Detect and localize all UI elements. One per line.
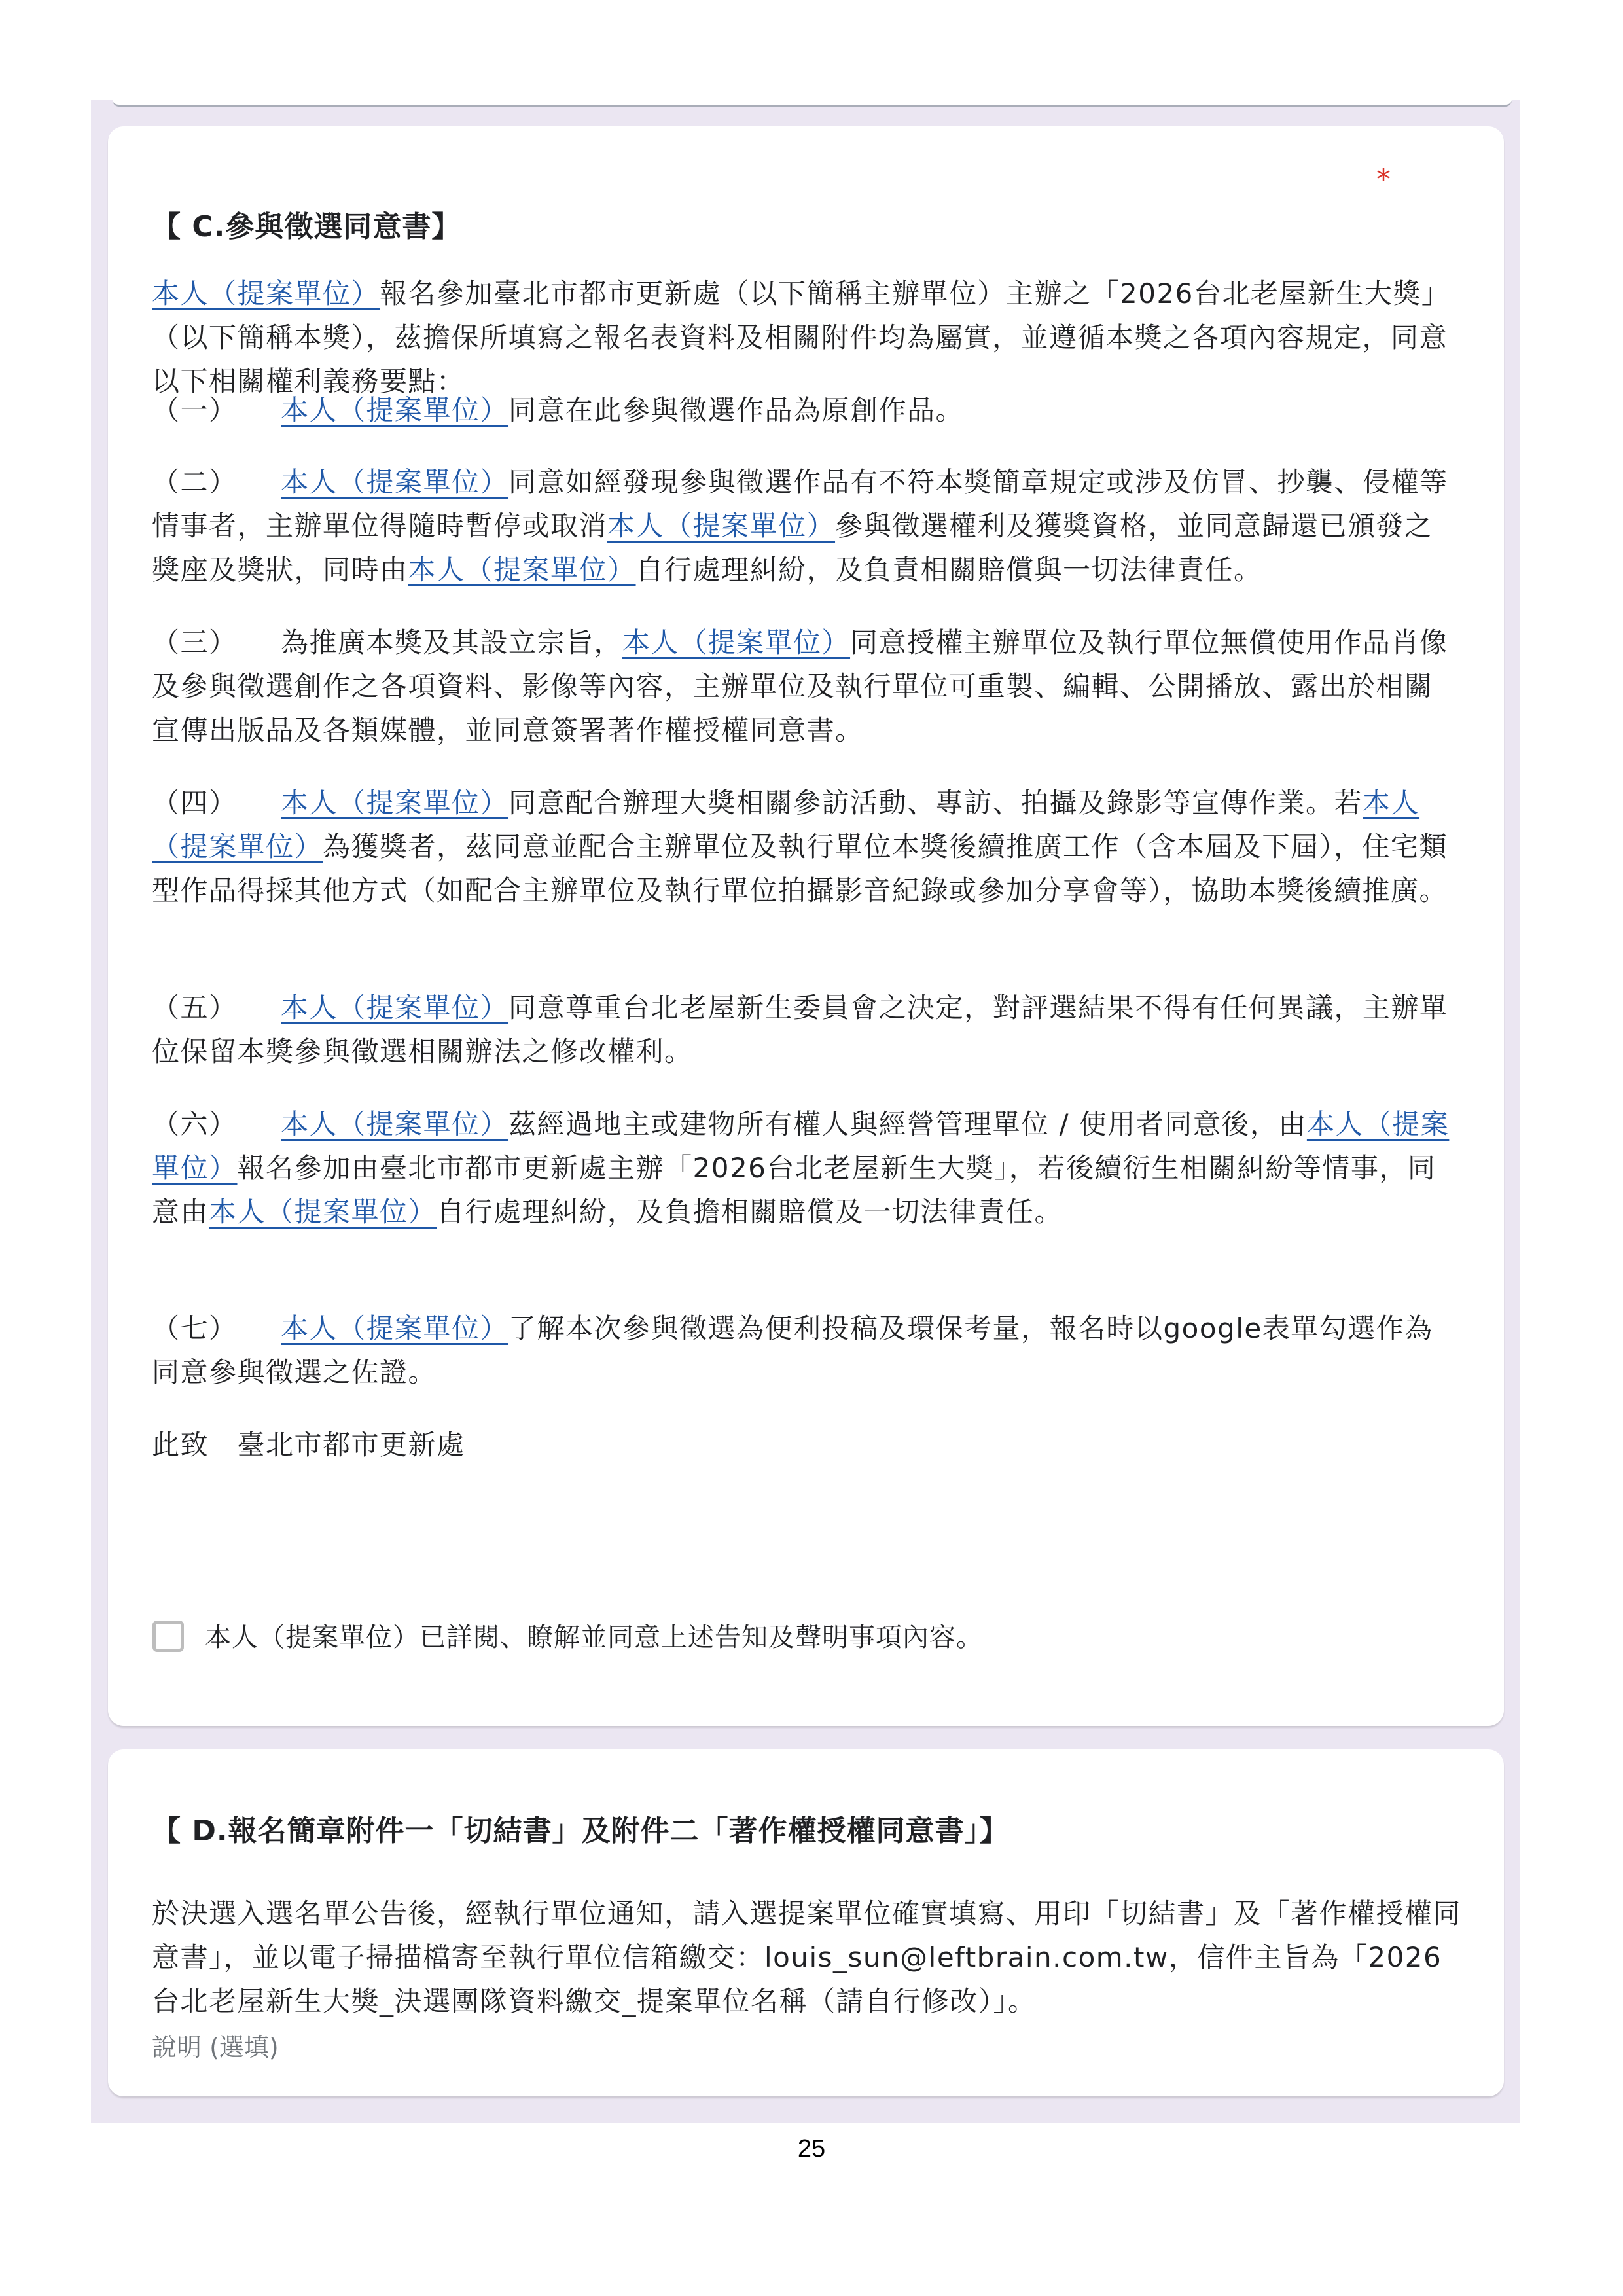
proposer-link[interactable]: 本人（提案單位） <box>152 278 380 310</box>
clause-number: （五） <box>152 986 281 1030</box>
clause-text: 為推廣本獎及其設立宗旨， <box>281 626 622 658</box>
clause-number: （二） <box>152 460 281 504</box>
proposer-link[interactable]: 本人（提案單位） <box>281 787 508 819</box>
clause-5: （五）本人（提案單位）同意尊重台北老屋新生委員會之決定，對評選結果不得有任何異議… <box>152 986 1454 1073</box>
description-optional-field[interactable]: 說明 (選填) <box>152 2027 279 2063</box>
clause-text: 自行處理糾紛，及負責相關賠償與一切法律責任。 <box>636 554 1262 586</box>
agree-checkbox[interactable] <box>152 1621 184 1652</box>
clause-number: （一） <box>152 388 281 432</box>
section-c-title: 【 C.參與徵選同意書】 <box>152 203 461 245</box>
clause-number: （六） <box>152 1102 281 1146</box>
intro-paragraph: 本人（提案單位）報名參加臺北市都市更新處（以下簡稱主辦單位）主辦之「2026台北… <box>152 272 1454 403</box>
clause-number: （四） <box>152 781 281 825</box>
clause-1: （一）本人（提案單位）同意在此參與徵選作品為原創作品。 <box>152 388 1454 432</box>
proposer-link[interactable]: 本人（提案單位） <box>281 466 508 498</box>
section-d-title: 【 D.報名簡章附件一「切結書」及附件二「著作權授權同意書」】 <box>152 1807 1009 1849</box>
proposer-link[interactable]: 本人（提案單位） <box>281 1312 508 1344</box>
clause-7: （七）本人（提案單位）了解本次參與徵選為便利投稿及環保考量，報名時以google… <box>152 1306 1454 1394</box>
clause-text: 同意在此參與徵選作品為原創作品。 <box>508 394 964 426</box>
clause-number: （三） <box>152 620 281 664</box>
section-d-card: 【 D.報名簡章附件一「切結書」及附件二「著作權授權同意書」】 於決選入選名單公… <box>108 1749 1504 2096</box>
clause-text: 同意配合辦理大獎相關參訪活動、專訪、拍攝及錄影等宣傳作業。若 <box>508 787 1363 819</box>
clause-6: （六）本人（提案單位）茲經過地主或建物所有權人與經營管理單位 / 使用者同意後，… <box>152 1102 1454 1234</box>
required-asterisk: * <box>1376 163 1391 196</box>
proposer-link[interactable]: 本人（提案單位） <box>607 510 835 542</box>
clause-4: （四）本人（提案單位）同意配合辦理大獎相關參訪活動、專訪、拍攝及錄影等宣傳作業。… <box>152 781 1454 912</box>
closing-salutation: 此致 臺北市都市更新處 <box>152 1423 1454 1467</box>
agree-checkbox-label[interactable]: 本人（提案單位）已詳閱、瞭解並同意上述告知及聲明事項內容。 <box>205 1621 983 1655</box>
previous-card-edge <box>113 100 1512 107</box>
proposer-link[interactable]: 本人（提案單位） <box>622 626 850 658</box>
section-d-body: 於決選入選名單公告後，經執行單位通知，請入選提案單位確實填寫、用印「切結書」及「… <box>152 1892 1467 2023</box>
clause-text: 為獲獎者，茲同意並配合主辦單位及執行單位本獎後續推廣工作（含本屆及下屆），住宅類… <box>152 831 1448 906</box>
proposer-link[interactable]: 本人（提案單位） <box>408 554 636 586</box>
proposer-link[interactable]: 本人（提案單位） <box>281 1108 508 1140</box>
proposer-link[interactable]: 本人（提案單位） <box>281 992 508 1024</box>
clause-2: （二）本人（提案單位）同意如經發現參與徵選作品有不符本獎簡章規定或涉及仿冒、抄襲… <box>152 460 1454 592</box>
clause-3: （三）為推廣本獎及其設立宗旨，本人（提案單位）同意授權主辦單位及執行單位無償使用… <box>152 620 1454 752</box>
page-number: 25 <box>0 2135 1623 2163</box>
proposer-link[interactable]: 本人（提案單位） <box>209 1196 437 1228</box>
clause-text: 茲經過地主或建物所有權人與經營管理單位 / 使用者同意後，由 <box>508 1108 1307 1140</box>
clause-number: （七） <box>152 1306 281 1350</box>
clause-text: 自行處理糾紛，及負擔相關賠償及一切法律責任。 <box>437 1196 1063 1228</box>
proposer-link[interactable]: 本人（提案單位） <box>281 394 508 426</box>
section-c-card: 【 C.參與徵選同意書】 * 本人（提案單位）報名參加臺北市都市更新處（以下簡稱… <box>108 126 1504 1726</box>
